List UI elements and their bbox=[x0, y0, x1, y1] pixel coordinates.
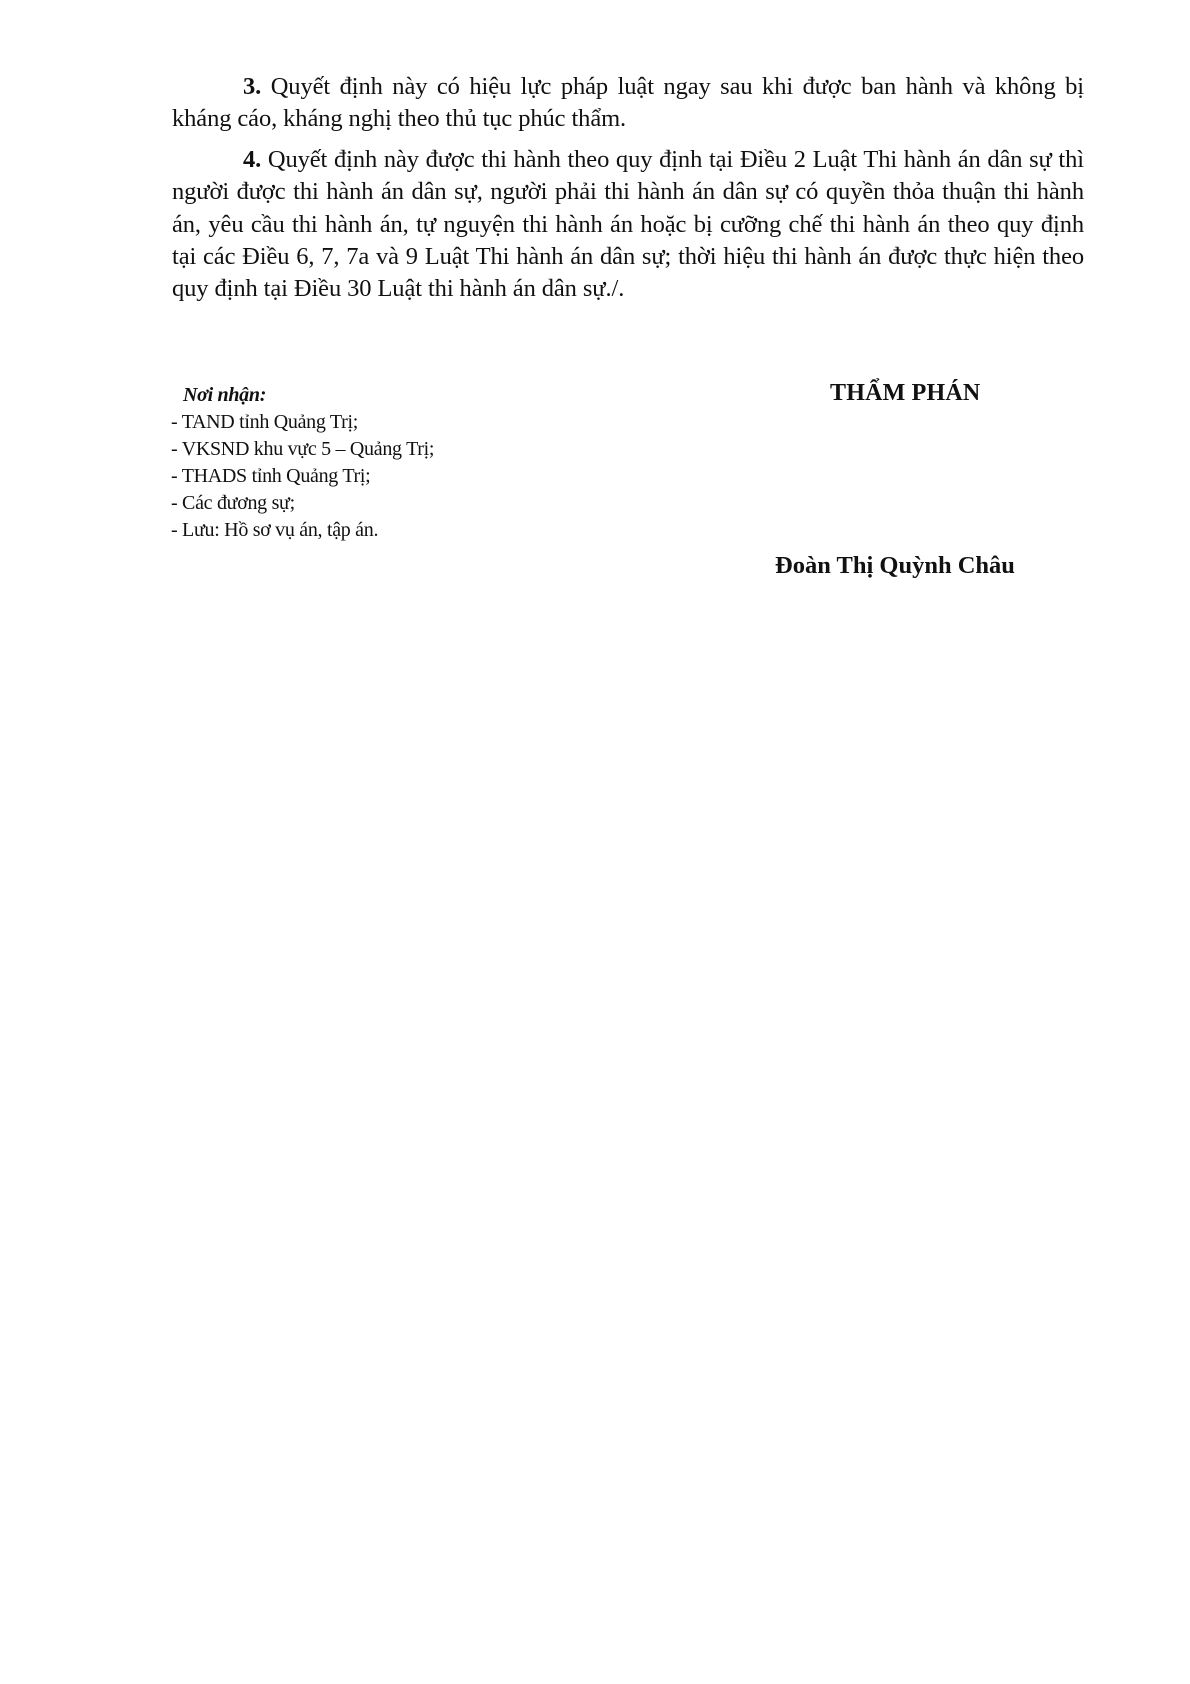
recipient-item: - TAND tỉnh Quảng Trị; bbox=[171, 409, 434, 436]
signer-title: THẨM PHÁN bbox=[830, 380, 980, 407]
paragraph-text: Quyết định này có hiệu lực pháp luật nga… bbox=[172, 73, 1084, 132]
paragraph-number: 4. bbox=[243, 146, 261, 173]
paragraph-4: 4. Quyết định này được thi hành theo quy… bbox=[172, 144, 1084, 305]
recipient-item: - Lưu: Hồ sơ vụ án, tập án. bbox=[171, 517, 434, 544]
document-page: 3. Quyết định này có hiệu lực pháp luật … bbox=[0, 0, 1190, 1684]
recipients-title: Nơi nhận: bbox=[171, 382, 434, 409]
paragraph-number: 3. bbox=[243, 73, 261, 100]
paragraph-3: 3. Quyết định này có hiệu lực pháp luật … bbox=[172, 71, 1084, 136]
recipient-item: - Các đương sự; bbox=[171, 490, 434, 517]
recipient-item: - THADS tỉnh Quảng Trị; bbox=[171, 463, 434, 490]
paragraph-text: Quyết định này được thi hành theo quy đị… bbox=[172, 146, 1084, 302]
recipient-item: - VKSND khu vực 5 – Quảng Trị; bbox=[171, 436, 434, 463]
recipients-block: Nơi nhận: - TAND tỉnh Quảng Trị; - VKSND… bbox=[171, 382, 434, 544]
signer-name: Đoàn Thị Quỳnh Châu bbox=[775, 552, 1015, 580]
